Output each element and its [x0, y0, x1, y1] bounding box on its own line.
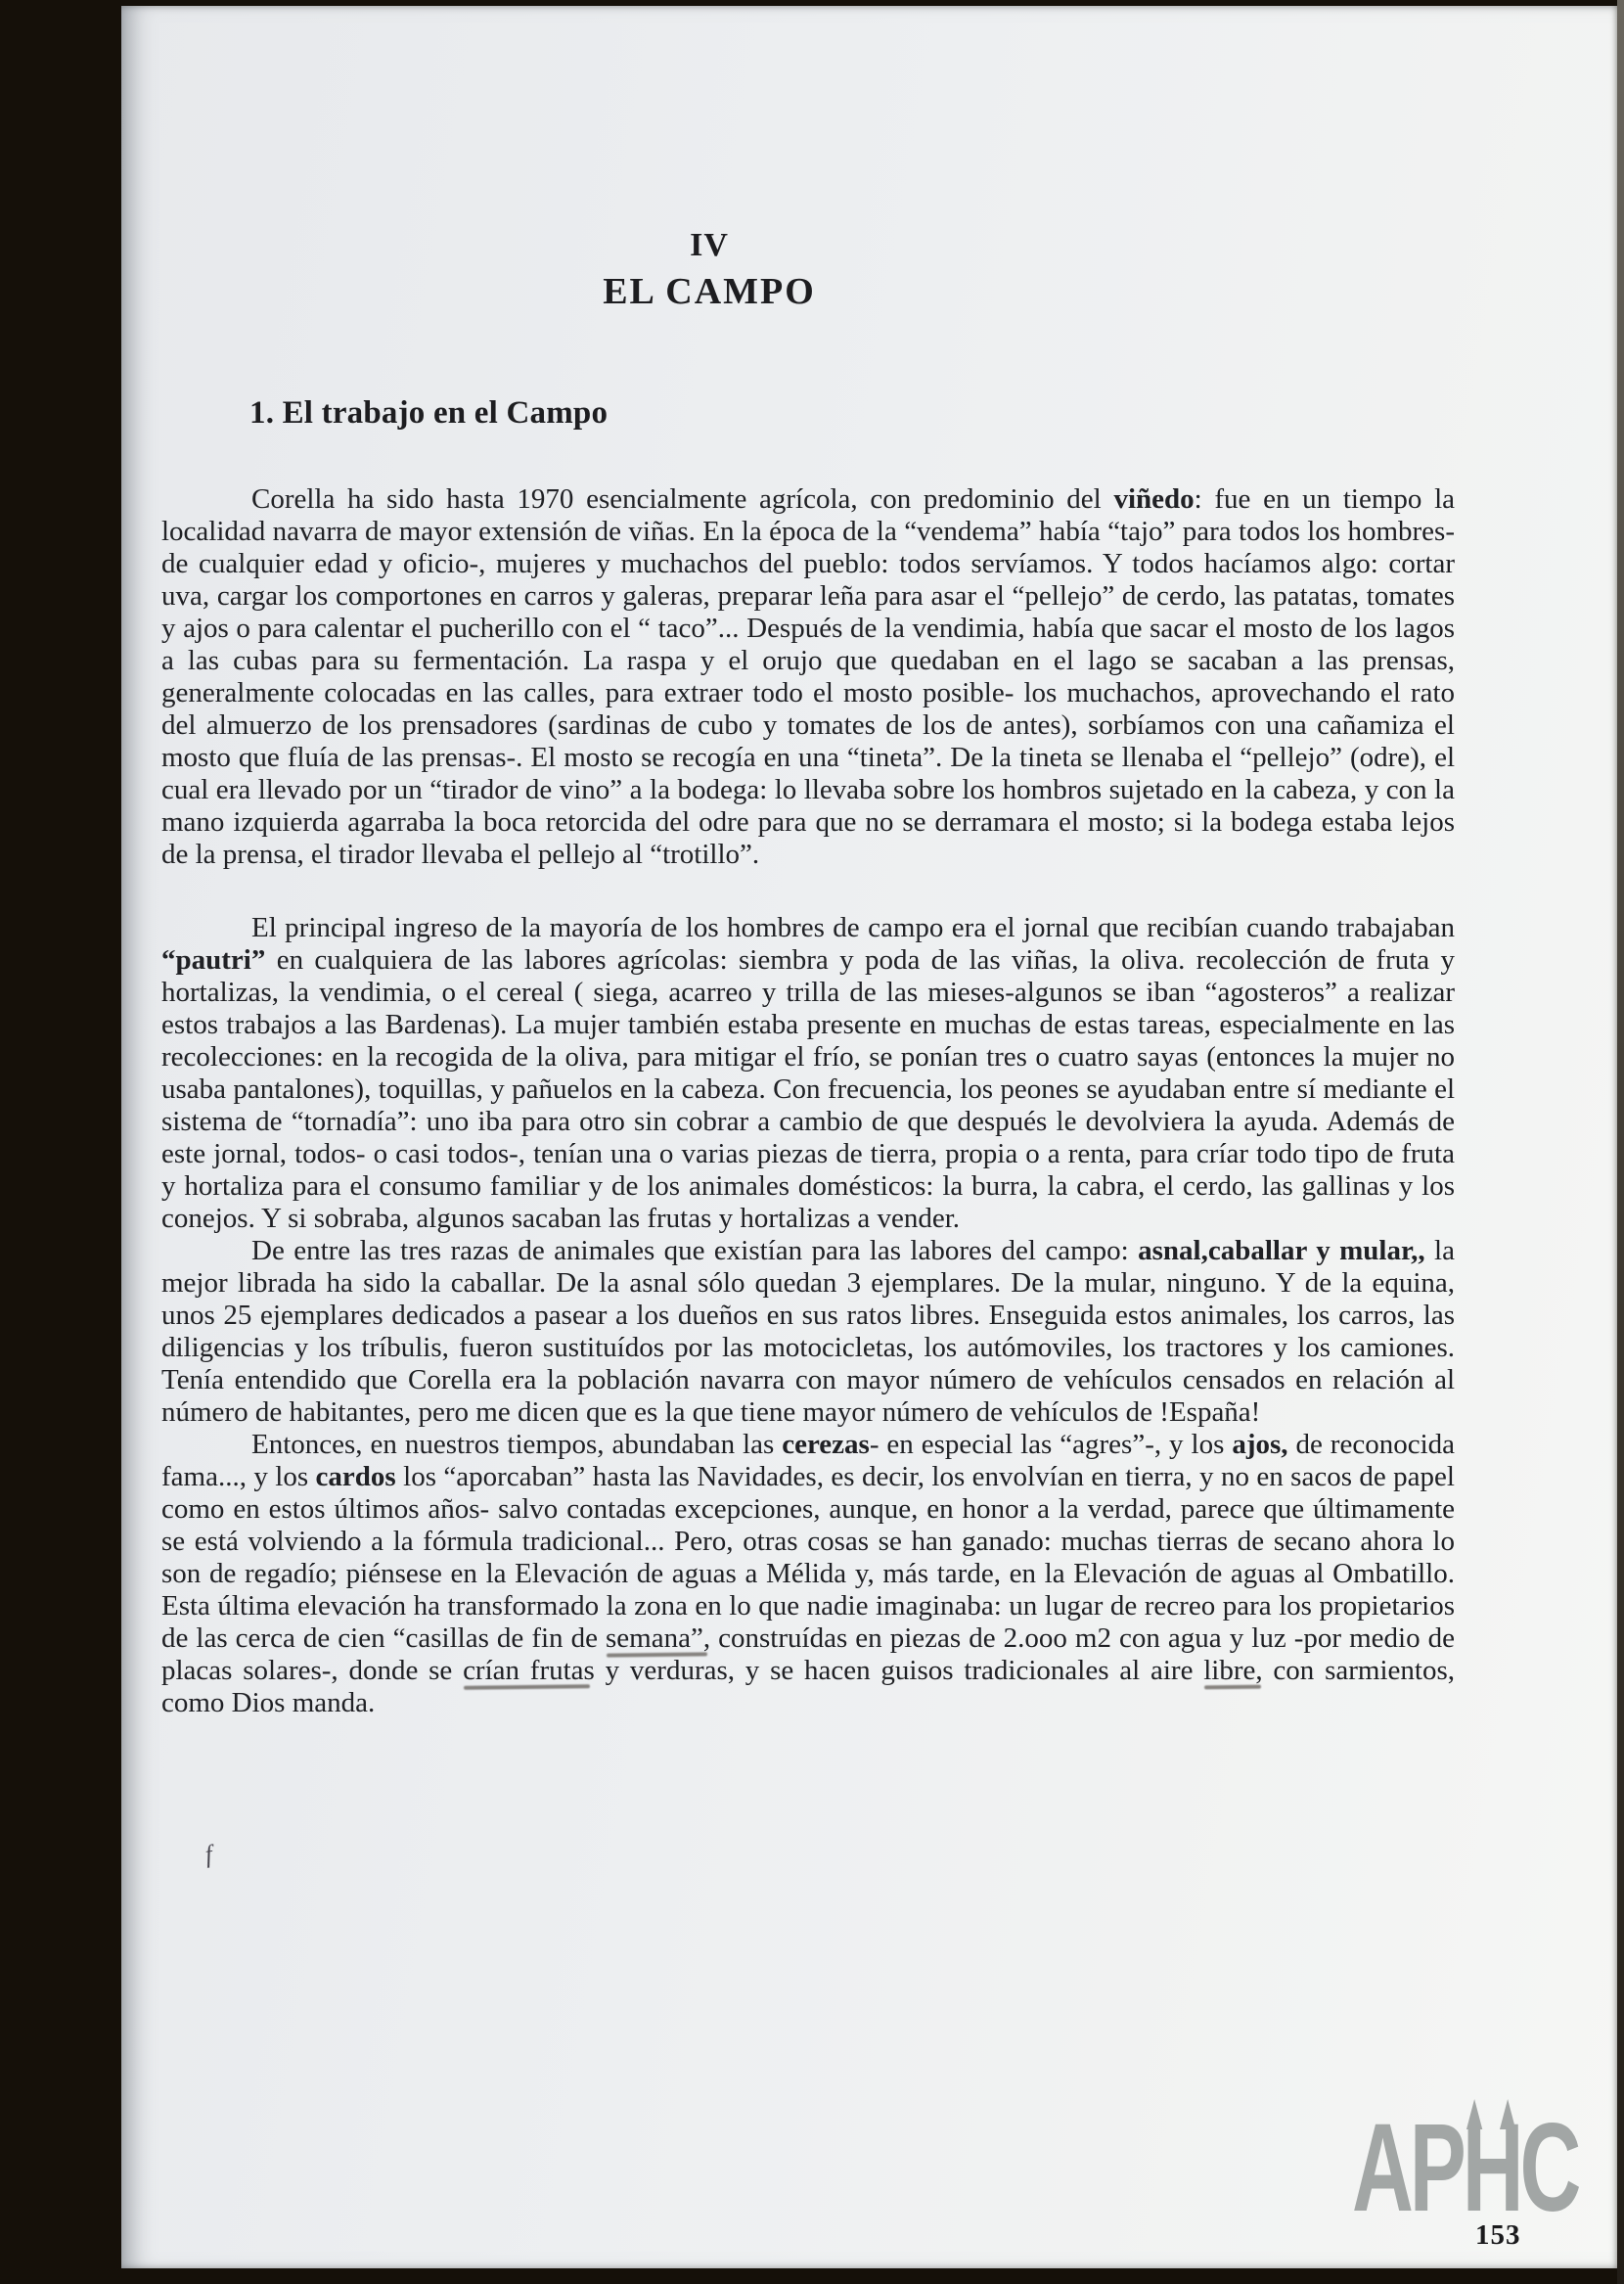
- text-run: De entre las tres razas de animales que …: [251, 1235, 1138, 1266]
- bold-text: viñedo: [1113, 483, 1194, 515]
- pen-underlined-text: semana”,: [606, 1622, 710, 1654]
- bold-text: cerezas: [782, 1429, 870, 1460]
- watermark-letter: C: [1520, 2106, 1578, 2231]
- bold-text: ajos,: [1232, 1429, 1287, 1460]
- text-run: : fue en un tiempo la localidad navarra …: [161, 483, 1455, 870]
- paragraph-4: Entonces, en nuestros tiempos, abundaban…: [161, 1429, 1455, 1719]
- handwritten-pen-mark: f: [203, 1842, 214, 1870]
- text-run: en cualquiera de las labores agrícolas: …: [161, 944, 1455, 1234]
- scanned-book-page: { "colors": { "paper": "#eef0f2", "ink":…: [0, 0, 1624, 2284]
- paper: IV EL CAMPO 1. El trabajo en el Campo Co…: [121, 6, 1617, 2268]
- bold-text: asnal,caballar y mular,,: [1138, 1235, 1425, 1266]
- chapter-number: IV: [161, 223, 1257, 268]
- paragraph-2: El principal ingreso de la mayoría de lo…: [161, 912, 1455, 1235]
- page-number: 153: [1475, 2219, 1521, 2252]
- watermark-letter: A: [1352, 2106, 1410, 2231]
- text-run: El principal ingreso de la mayoría de lo…: [251, 912, 1455, 943]
- scan-right-edge: [1617, 0, 1624, 2284]
- section-heading: 1. El trabajo en el Campo: [249, 395, 608, 432]
- archive-watermark-logo: APHC: [1352, 2106, 1577, 2231]
- body-text: Corella ha sido hasta 1970 esencialmente…: [161, 483, 1455, 1719]
- watermark-letter: H: [1463, 2106, 1520, 2231]
- chapter-title: EL CAMPO: [161, 270, 1257, 313]
- text-run: y verduras, y se hacen guisos tradiciona…: [595, 1655, 1203, 1686]
- text-run: Corella ha sido hasta 1970 esencialmente…: [251, 483, 1113, 515]
- bold-text: cardos: [316, 1461, 396, 1492]
- pen-underlined-text: crían frutas: [463, 1655, 595, 1686]
- bold-text: “pautri”: [161, 944, 265, 976]
- chapter-title-block: IV EL CAMPO: [161, 223, 1257, 313]
- paragraph-3: De entre las tres razas de animales que …: [161, 1235, 1455, 1429]
- paragraph-1: Corella ha sido hasta 1970 esencialmente…: [161, 483, 1455, 871]
- text-run: Entonces, en nuestros tiempos, abundaban…: [251, 1429, 782, 1460]
- pen-underlined-text: libre,: [1203, 1655, 1262, 1686]
- text-run: - en especial las “agres”-, y los: [870, 1429, 1232, 1460]
- watermark-letter: P: [1410, 2106, 1463, 2231]
